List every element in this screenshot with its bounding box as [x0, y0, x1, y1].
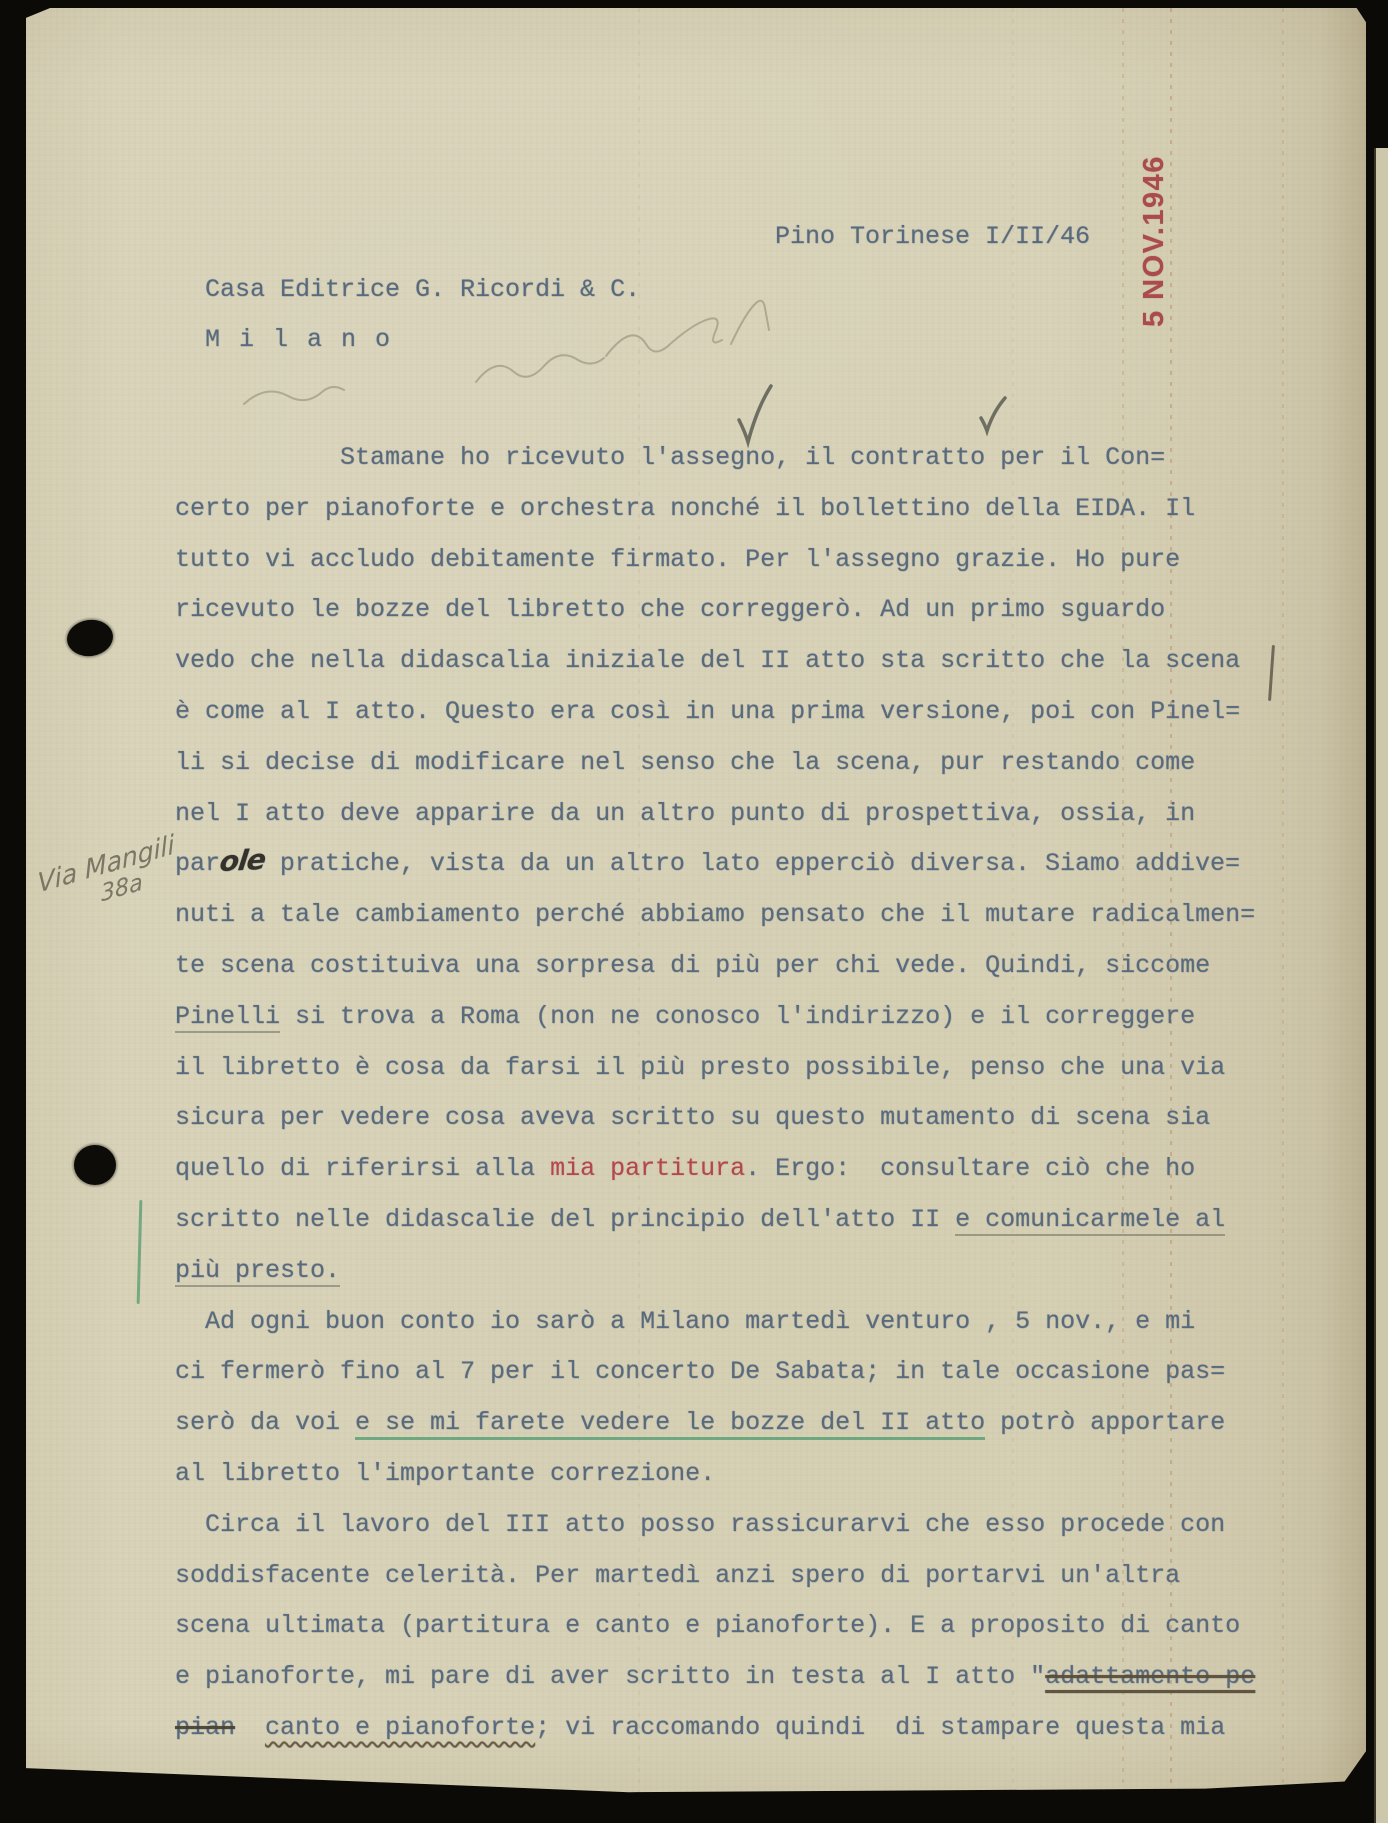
- letter-line: e pianoforte, mi pare di aver scritto in…: [175, 1652, 1325, 1703]
- letter-line: è come al I atto. Questo era così in una…: [175, 687, 1325, 738]
- letter-line: Circa il lavoro del III atto posso rassi…: [175, 1500, 1325, 1551]
- text-segment: e comunicarmele al: [955, 1205, 1225, 1236]
- date-stamp: 5 NOV.1946: [1138, 155, 1182, 327]
- text-segment: ole: [218, 846, 267, 876]
- text-segment: nuti a tale cambiamento perché abbiamo p…: [175, 900, 1255, 929]
- letter-line: scritto nelle didascalie del principio d…: [175, 1195, 1325, 1246]
- punch-hole-top: [65, 617, 116, 659]
- letter-line: certo per pianoforte e orchestra nonché …: [175, 484, 1325, 535]
- text-segment: il libretto è cosa da farsi il più prest…: [175, 1053, 1225, 1082]
- letter-line: nuti a tale cambiamento perché abbiamo p…: [175, 890, 1325, 941]
- letter-line: scena ultimata (partitura e canto e pian…: [175, 1601, 1325, 1652]
- letter-body: Stamane ho ricevuto l'assegno, il contra…: [175, 433, 1325, 1754]
- letter-line: al libretto l'importante correzione.: [175, 1449, 1325, 1500]
- letter-page: 5 NOV.1946 Pino Torinese I/II/46 Casa Ed…: [26, 8, 1366, 1794]
- letter-line: sicura per vedere cosa aveva scritto su …: [175, 1093, 1325, 1144]
- letter-line: parole pratiche, vista da un altro lato …: [175, 839, 1325, 890]
- letter-line: più presto.: [175, 1246, 1325, 1297]
- letter-line: Pinelli si trova a Roma (non ne conosco …: [175, 992, 1325, 1043]
- letter-line: nel I atto deve apparire da un altro pun…: [175, 789, 1325, 840]
- text-segment: . Ergo: consultare ciò che ho: [745, 1154, 1195, 1183]
- text-segment: sicura per vedere cosa aveva scritto su …: [175, 1103, 1210, 1132]
- paper-edge-shading: [1320, 8, 1366, 1794]
- letter-line: serò da voi e se mi farete vedere le boz…: [175, 1398, 1325, 1449]
- text-segment: potrò apportare: [985, 1408, 1225, 1437]
- letter-line: ricevuto le bozze del libretto che corre…: [175, 585, 1325, 636]
- text-segment: più presto.: [175, 1256, 340, 1287]
- letter-line: pian canto e pianoforte; vi raccomando q…: [175, 1703, 1325, 1754]
- text-segment: vedo che nella didascalia iniziale del I…: [175, 646, 1240, 675]
- letter-line: vedo che nella didascalia iniziale del I…: [175, 636, 1325, 687]
- text-segment: canto e pianoforte: [265, 1713, 535, 1742]
- text-segment: quello di riferirsi alla: [175, 1154, 550, 1183]
- punch-hole-bottom: [74, 1145, 116, 1185]
- recipient-city: M i l a n o: [205, 324, 392, 355]
- text-segment: si trova a Roma (non ne conosco l'indiri…: [280, 1002, 1195, 1031]
- text-segment: li si decise di modificare nel senso che…: [175, 748, 1195, 777]
- text-segment: scena ultimata (partitura e canto e pian…: [175, 1611, 1240, 1640]
- text-segment: Stamane ho ricevuto l'assegno, il contra…: [175, 443, 1165, 472]
- green-margin-line: [137, 1200, 143, 1304]
- letter-line: quello di riferirsi alla mia partitura. …: [175, 1144, 1325, 1195]
- letter-line: ci fermerò fino al 7 per il concerto De …: [175, 1347, 1325, 1398]
- adjacent-page-edge: [1374, 148, 1388, 1823]
- letter-line: te scena costituiva una sorpresa di più …: [175, 941, 1325, 992]
- text-segment: nel I atto deve apparire da un altro pun…: [175, 799, 1195, 828]
- letter-line: Ad ogni buon conto io sarò a Milano mart…: [175, 1297, 1325, 1348]
- text-segment: Ad ogni buon conto io sarò a Milano mart…: [175, 1307, 1195, 1336]
- text-segment: adattamento pe: [1045, 1662, 1255, 1691]
- text-segment: ricevuto le bozze del libretto che corre…: [175, 595, 1165, 624]
- text-segment: scritto nelle didascalie del principio d…: [175, 1205, 955, 1234]
- text-segment: e se mi farete vedere le bozze del II at…: [355, 1408, 985, 1440]
- scanned-letter-screenshot: { "letter": { "date_line": "Pino Torines…: [0, 0, 1388, 1823]
- letter-line: li si decise di modificare nel senso che…: [175, 738, 1325, 789]
- letter-line: tutto vi accludo debitamente firmato. Pe…: [175, 535, 1325, 586]
- text-segment: par: [175, 849, 220, 878]
- text-segment: Pinelli: [175, 1002, 280, 1033]
- text-segment: è come al I atto. Questo era così in una…: [175, 697, 1240, 726]
- letter-line: soddisfacente celerità. Per martedì anzi…: [175, 1551, 1325, 1602]
- text-segment: Circa il lavoro del III atto posso rassi…: [175, 1510, 1225, 1539]
- letter-line: il libretto è cosa da farsi il più prest…: [175, 1043, 1325, 1094]
- text-segment: ; vi raccomando quindi di stampare quest…: [535, 1713, 1225, 1742]
- text-segment: serò da voi: [175, 1408, 355, 1437]
- checkmark-icon: [976, 394, 1010, 436]
- text-segment: tutto vi accludo debitamente firmato. Pe…: [175, 545, 1180, 574]
- text-segment: e pianoforte, mi pare di aver scritto in…: [175, 1662, 1045, 1691]
- text-segment: soddisfacente celerità. Per martedì anzi…: [175, 1561, 1180, 1590]
- text-segment: mia partitura: [550, 1154, 745, 1183]
- text-segment: te scena costituiva una sorpresa di più …: [175, 951, 1210, 980]
- text-segment: pian: [175, 1713, 235, 1742]
- recipient-name: Casa Editrice G. Ricordi & C.: [205, 274, 640, 305]
- text-segment: certo per pianoforte e orchestra nonché …: [175, 494, 1195, 523]
- text-segment: [235, 1713, 265, 1742]
- text-segment: pratiche, vista da un altro lato epperci…: [265, 849, 1240, 878]
- letter-line: Stamane ho ricevuto l'assegno, il contra…: [175, 433, 1325, 484]
- date-line: Pino Torinese I/II/46: [775, 221, 1090, 252]
- text-segment: al libretto l'importante correzione.: [175, 1459, 715, 1488]
- text-segment: ci fermerò fino al 7 per il concerto De …: [175, 1357, 1225, 1386]
